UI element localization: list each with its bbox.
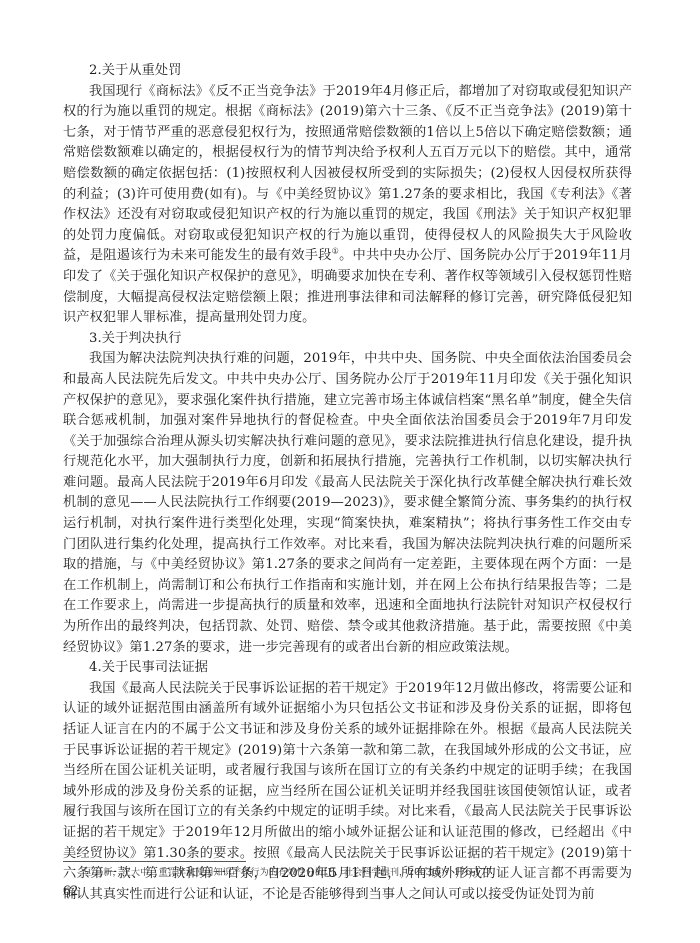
article-body: 2.关于从重处罚 我国现行《商标法》《反不正当竞争法》于2019年4月修正后，都… bbox=[63, 61, 632, 905]
section-paragraph-3: 我国为解决法院判决执行难的问题，2019年，中共中央、国务院、中央全面依法治国委… bbox=[63, 349, 632, 658]
page-number: 62 bbox=[63, 883, 78, 900]
paragraph-text: 我国现行《商标法》《反不正当竞争法》于2019年4月修正后，都增加了对窃取或侵犯… bbox=[63, 84, 632, 264]
footnote-divider bbox=[63, 861, 246, 862]
section-paragraph-2: 我国现行《商标法》《反不正当竞争法》于2019年4月修正后，都增加了对窃取或侵犯… bbox=[63, 82, 632, 329]
footnote: ①马新，王大中．重罚非法使用知识产权行为的有效性分析[J]．社会科学辑刊，200… bbox=[85, 866, 645, 879]
section-heading-2: 2.关于从重处罚 bbox=[63, 61, 632, 82]
section-heading-3: 3.关于判决执行 bbox=[63, 329, 632, 350]
footnote-reference[interactable]: ① bbox=[332, 247, 339, 256]
section-heading-4: 4.关于民事司法证据 bbox=[63, 658, 632, 679]
